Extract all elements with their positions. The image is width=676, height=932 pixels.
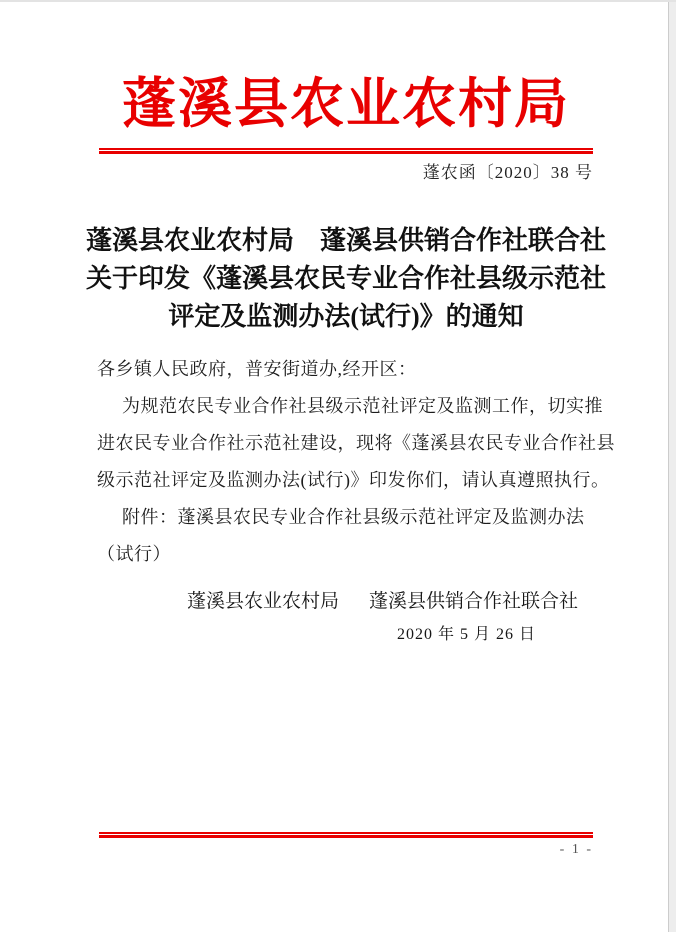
document-title-line-3: 评定及监测办法(试行)》的通知 <box>72 298 620 336</box>
signature-line: 蓬溪县农业农村局蓬溪县供销合作社联合社 <box>97 589 595 615</box>
signature-org-2: 蓬溪县供销合作社联合社 <box>369 591 578 612</box>
signature-org-1: 蓬溪县农业农村局 <box>187 591 339 612</box>
paragraph-line-3: 级示范社评定及监测办法(试行)》印发你们，请认真遵照执行。 <box>97 462 595 499</box>
attachment-line-1: 附件：蓬溪县农民专业合作社县级示范社评定及监测办法 <box>97 499 595 536</box>
body-text: 各乡镇人民政府，普安街道办,经开区： 为规范农民专业合作社县级示范社评定及监测工… <box>97 351 595 573</box>
page-edge-shadow <box>668 0 676 932</box>
attachment-line-2: （试行） <box>97 536 595 573</box>
document-number: 蓬农函〔2020〕38 号 <box>99 161 593 185</box>
red-header-org-title: 蓬溪县农业农村局 <box>99 66 593 142</box>
paragraph-line-2: 进农民专业合作社示范社建设，现将《蓬溪县农民专业合作社县 <box>97 425 595 462</box>
paragraph-line-1: 为规范农民专业合作社县级示范社评定及监测工作，切实推 <box>97 388 595 425</box>
signature-date: 2020 年 5 月 26 日 <box>397 624 536 646</box>
salutation-line: 各乡镇人民政府，普安街道办,经开区： <box>97 351 595 388</box>
document-title-line-2: 关于印发《蓬溪县农民专业合作社县级示范社 <box>72 260 620 298</box>
viewport-top-edge <box>0 0 676 2</box>
page-number: - 1 - <box>99 841 593 859</box>
header-red-double-rule <box>99 148 593 154</box>
document-page: 蓬溪县农业农村局 蓬农函〔2020〕38 号 蓬溪县农业农村局 蓬溪县供销合作社… <box>0 0 668 932</box>
footer-red-double-rule <box>99 832 593 838</box>
document-title: 蓬溪县农业农村局 蓬溪县供销合作社联合社 关于印发《蓬溪县农民专业合作社县级示范… <box>72 222 620 336</box>
document-title-line-1: 蓬溪县农业农村局 蓬溪县供销合作社联合社 <box>72 222 620 260</box>
